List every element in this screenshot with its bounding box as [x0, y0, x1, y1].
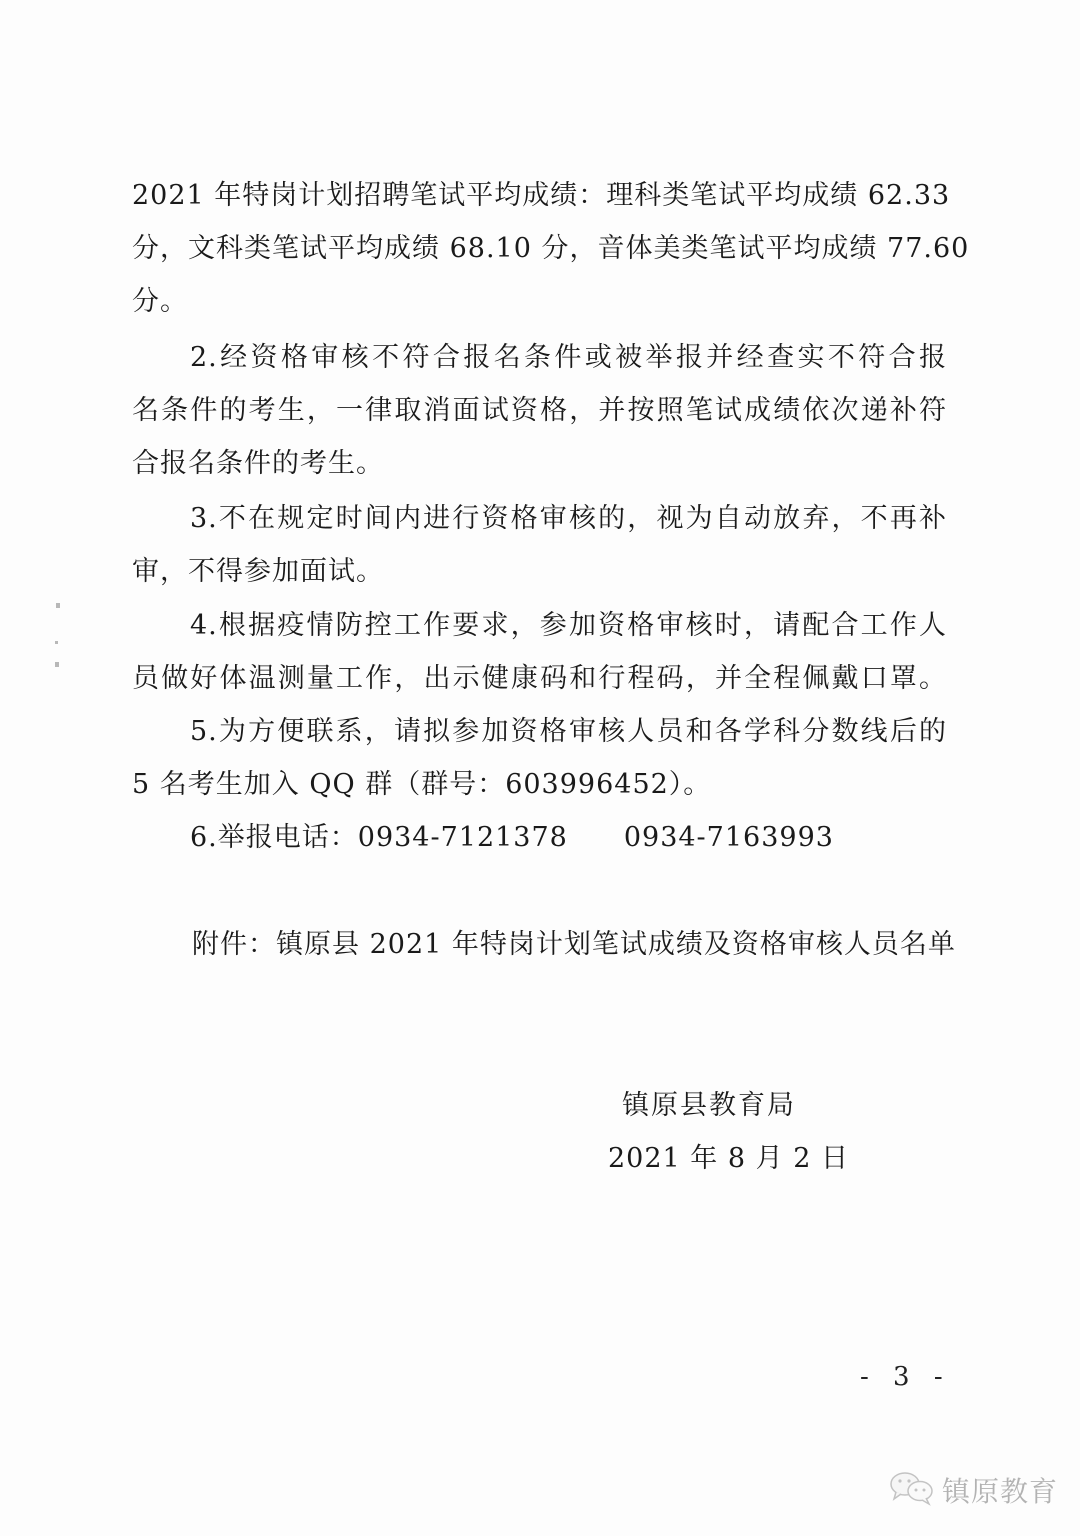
margin-mark: [55, 641, 58, 644]
item-4-line-1: 4.根据疫情防控工作要求，参加资格审核时，请配合工作人: [190, 608, 947, 644]
body-line-2: 分，文科类笔试平均成绩 68.10 分，音体美类笔试平均成绩 77.60: [132, 231, 947, 267]
page-number: - 3 -: [860, 1362, 951, 1392]
wechat-icon: [888, 1470, 936, 1510]
item-2-line-3: 合报名条件的考生。: [132, 446, 384, 482]
body-line-1: 2021 年特岗计划招聘笔试平均成绩：理科类笔试平均成绩 62.33: [132, 178, 947, 214]
item-3-line-2: 审，不得参加面试。: [132, 554, 384, 590]
item-2-line-2: 名条件的考生，一律取消面试资格，并按照笔试成绩依次递补符: [132, 393, 947, 429]
margin-mark: [56, 603, 60, 608]
item-3-line-1: 3.不在规定时间内进行资格审核的，视为自动放弃，不再补: [190, 501, 947, 537]
body-line-3: 分。: [132, 284, 188, 320]
signature-organization: 镇原县教育局: [622, 1088, 796, 1124]
item-5-line-2: 5 名考生加入 QQ 群（群号：603996452）。: [132, 767, 711, 803]
signature-date: 2021 年 8 月 2 日: [608, 1141, 849, 1177]
watermark: 镇原教育: [888, 1470, 1058, 1510]
margin-mark: [55, 662, 59, 667]
item-6-report-phone: 6.举报电话：0934-7121378 0934-7163993: [190, 820, 834, 856]
item-2-line-1: 2.经资格审核不符合报名条件或被举报并经查实不符合报: [190, 340, 947, 376]
watermark-text: 镇原教育: [942, 1470, 1058, 1510]
document-page: 2021 年特岗计划招聘笔试平均成绩：理科类笔试平均成绩 62.33 分，文科类…: [0, 0, 1080, 1536]
item-5-line-1: 5.为方便联系，请拟参加资格审核人员和各学科分数线后的: [190, 714, 947, 750]
item-4-line-2: 员做好体温测量工作，出示健康码和行程码，并全程佩戴口罩。: [132, 661, 947, 697]
attachment-line: 附件：镇原县 2021 年特岗计划笔试成绩及资格审核人员名单: [192, 927, 956, 963]
